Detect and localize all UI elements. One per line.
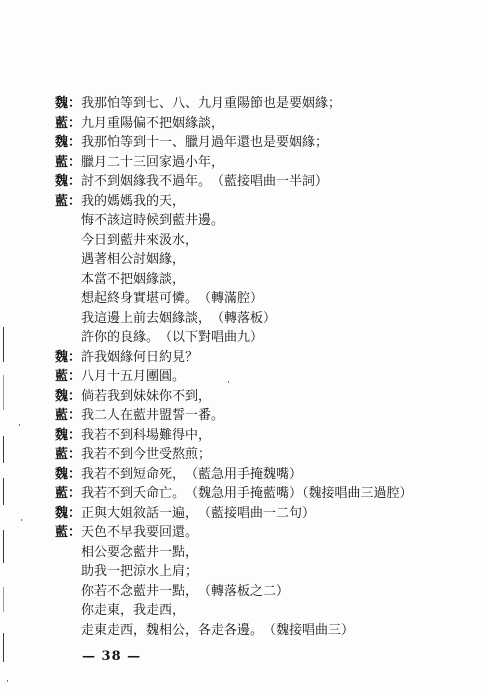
dialogue-line: 藍：天色不早我要回還。 [55, 523, 465, 543]
speaker-name: 魏 [55, 133, 68, 153]
line-text: 倘若我到妹妹你不到， [81, 387, 211, 407]
verse-line: 今日到藍井來汲水， [55, 231, 465, 251]
speaker-separator: ： [68, 172, 81, 192]
line-text: 天色不早我要回還。 [81, 523, 198, 543]
dialogue-line: 藍：我二人在藍井盟誓一番。 [55, 406, 465, 426]
scan-margin-mark [3, 633, 4, 662]
line-text: 你若不念藍井一點， [81, 582, 198, 602]
line-text: 走東走西，魏相公，各走各邊。 [81, 621, 263, 641]
verse-line: 你若不念藍井一點，（轉落板之二） [55, 582, 465, 602]
dialogue-line: 藍：我若不到今世受熬煎； [55, 445, 465, 465]
dialogue-line: 魏：許我姻緣何日約見？ [55, 348, 465, 368]
verse-line: 我這邊上前去姻緣談，（轉落板） [55, 309, 465, 329]
line-text: 助我一把涼水上肩； [81, 562, 198, 582]
verse-line: 走東走西，魏相公，各走各邊。（魏接唱曲三） [55, 621, 465, 641]
line-text: 相公要念藍井一點， [81, 543, 198, 563]
stage-direction: （以下對唱曲九） [159, 328, 263, 348]
verse-line: 本當不把姻緣談， [55, 270, 465, 290]
line-text: 正與大姐敘話一遍， [81, 504, 198, 524]
speaker-separator: ： [68, 523, 81, 543]
dialogue-line: 魏：我那怕等到十一、臘月過年還也是要姻緣； [55, 133, 465, 153]
scan-speck [19, 424, 20, 426]
speaker-name: 魏 [55, 426, 68, 446]
stage-direction: （轉落板之二） [198, 582, 289, 602]
line-text: 我若不到夭命亡。 [81, 484, 185, 504]
scan-margin-mark [3, 530, 4, 563]
dialogue-line: 魏：我若不到短命死，（藍急用手掩魏嘴） [55, 465, 465, 485]
line-text: 你走東，我走西， [81, 601, 185, 621]
speaker-name: 魏 [55, 172, 68, 192]
speaker-separator: ： [68, 114, 81, 134]
scan-margin-mark [3, 436, 4, 463]
script-body: 魏：我那怕等到七、八、九月重陽節也是要姻緣； 藍：九月重陽偏不把姻緣談， 魏：我… [55, 94, 465, 640]
speaker-name: 藍 [55, 445, 68, 465]
dialogue-line: 魏：倘若我到妹妹你不到， [55, 387, 465, 407]
line-text: 我二人在藍井盟誓一番。 [81, 406, 224, 426]
scan-margin-mark [3, 478, 4, 505]
line-text: 九月重陽偏不把姻緣談， [81, 114, 224, 134]
speaker-separator: ： [68, 192, 81, 212]
line-text: 今日到藍井來汲水， [81, 231, 198, 251]
stage-direction: （藍接唱曲一二句） [198, 504, 315, 524]
speaker-separator: ： [68, 484, 81, 504]
speaker-separator: ： [68, 133, 81, 153]
speaker-separator: ： [68, 426, 81, 446]
speaker-separator: ： [68, 387, 81, 407]
speaker-separator: ： [68, 153, 81, 173]
dialogue-line: 藍：臘月二十三回家過小年， [55, 153, 465, 173]
scan-margin-mark [3, 587, 4, 612]
line-text: 我那怕等到七、八、九月重陽節也是要姻緣； [81, 94, 341, 114]
speaker-separator: ： [68, 367, 81, 387]
line-text: 想起終身實堪可憐。 [81, 289, 198, 309]
stage-direction: （魏急用手掩藍嘴）（魏接唱曲三過腔） [185, 484, 413, 504]
verse-line: 助我一把涼水上肩； [55, 562, 465, 582]
page-number: — 38 — [82, 649, 141, 664]
scanned-script-page: 魏：我那怕等到七、八、九月重陽節也是要姻緣； 藍：九月重陽偏不把姻緣談， 魏：我… [0, 0, 481, 690]
speaker-name: 魏 [55, 387, 68, 407]
line-text: 八月十五月團圓。 [81, 367, 185, 387]
stage-direction: （轉落板） [211, 309, 276, 329]
scan-speck [7, 680, 8, 682]
verse-line: 想起終身實堪可憐。（轉滿腔） [55, 289, 465, 309]
line-text: 許你的良緣。 [81, 328, 159, 348]
speaker-name: 魏 [55, 348, 68, 368]
speaker-separator: ： [68, 94, 81, 114]
speaker-name: 藍 [55, 406, 68, 426]
line-text: 悔不該這時候到藍井邊。 [81, 211, 224, 231]
line-text: 臘月二十三回家過小年， [81, 153, 224, 173]
line-text: 遇著相公討姻緣， [81, 250, 185, 270]
dialogue-line: 魏：討不到姻緣我不過年。（藍接唱曲一半詞） [55, 172, 465, 192]
verse-line: 相公要念藍井一點， [55, 543, 465, 563]
line-text: 我的媽媽我的天， [81, 192, 185, 212]
verse-line: 遇著相公討姻緣， [55, 250, 465, 270]
stage-direction: （藍接唱曲一半詞） [211, 172, 328, 192]
speaker-separator: ： [68, 406, 81, 426]
speaker-name: 魏 [55, 504, 68, 524]
speaker-separator: ： [68, 465, 81, 485]
verse-line: 你走東，我走西， [55, 601, 465, 621]
speaker-separator: ： [68, 504, 81, 524]
speaker-name: 藍 [55, 153, 68, 173]
scan-margin-mark [3, 327, 4, 362]
dialogue-line: 藍：我的媽媽我的天， [55, 192, 465, 212]
speaker-name: 藍 [55, 484, 68, 504]
dialogue-line: 魏：我那怕等到七、八、九月重陽節也是要姻緣； [55, 94, 465, 114]
stage-direction: （轉滿腔） [198, 289, 263, 309]
speaker-separator: ： [68, 445, 81, 465]
speaker-name: 藍 [55, 367, 68, 387]
line-text: 許我姻緣何日約見？ [81, 348, 198, 368]
verse-line: 悔不該這時候到藍井邊。 [55, 211, 465, 231]
line-text: 我這邊上前去姻緣談， [81, 309, 211, 329]
stage-direction: （藍急用手掩魏嘴） [185, 465, 302, 485]
line-text: 我若不到今世受熬煎； [81, 445, 211, 465]
dialogue-line: 藍：九月重陽偏不把姻緣談， [55, 114, 465, 134]
speaker-name: 藍 [55, 523, 68, 543]
stage-direction: （魏接唱曲三） [263, 621, 354, 641]
line-text: 討不到姻緣我不過年。 [81, 172, 211, 192]
line-text: 我若不到短命死， [81, 465, 185, 485]
dialogue-line: 魏：正與大姐敘話一遍，（藍接唱曲一二句） [55, 504, 465, 524]
speaker-name: 藍 [55, 192, 68, 212]
verse-line: 許你的良緣。（以下對唱曲九） [55, 328, 465, 348]
speaker-name: 魏 [55, 465, 68, 485]
line-text: 我那怕等到十一、臘月過年還也是要姻緣； [81, 133, 328, 153]
line-text: 我若不到科場難得中， [81, 426, 211, 446]
scan-margin-mark [3, 375, 4, 410]
speaker-separator: ： [68, 348, 81, 368]
dialogue-line: 魏：我若不到科場難得中， [55, 426, 465, 446]
speaker-name: 魏 [55, 94, 68, 114]
speaker-name: 藍 [55, 114, 68, 134]
scan-speck [21, 519, 22, 521]
dialogue-line: 藍：我若不到夭命亡。（魏急用手掩藍嘴）（魏接唱曲三過腔） [55, 484, 465, 504]
dialogue-line: 藍：八月十五月團圓。 [55, 367, 465, 387]
line-text: 本當不把姻緣談， [81, 270, 185, 290]
